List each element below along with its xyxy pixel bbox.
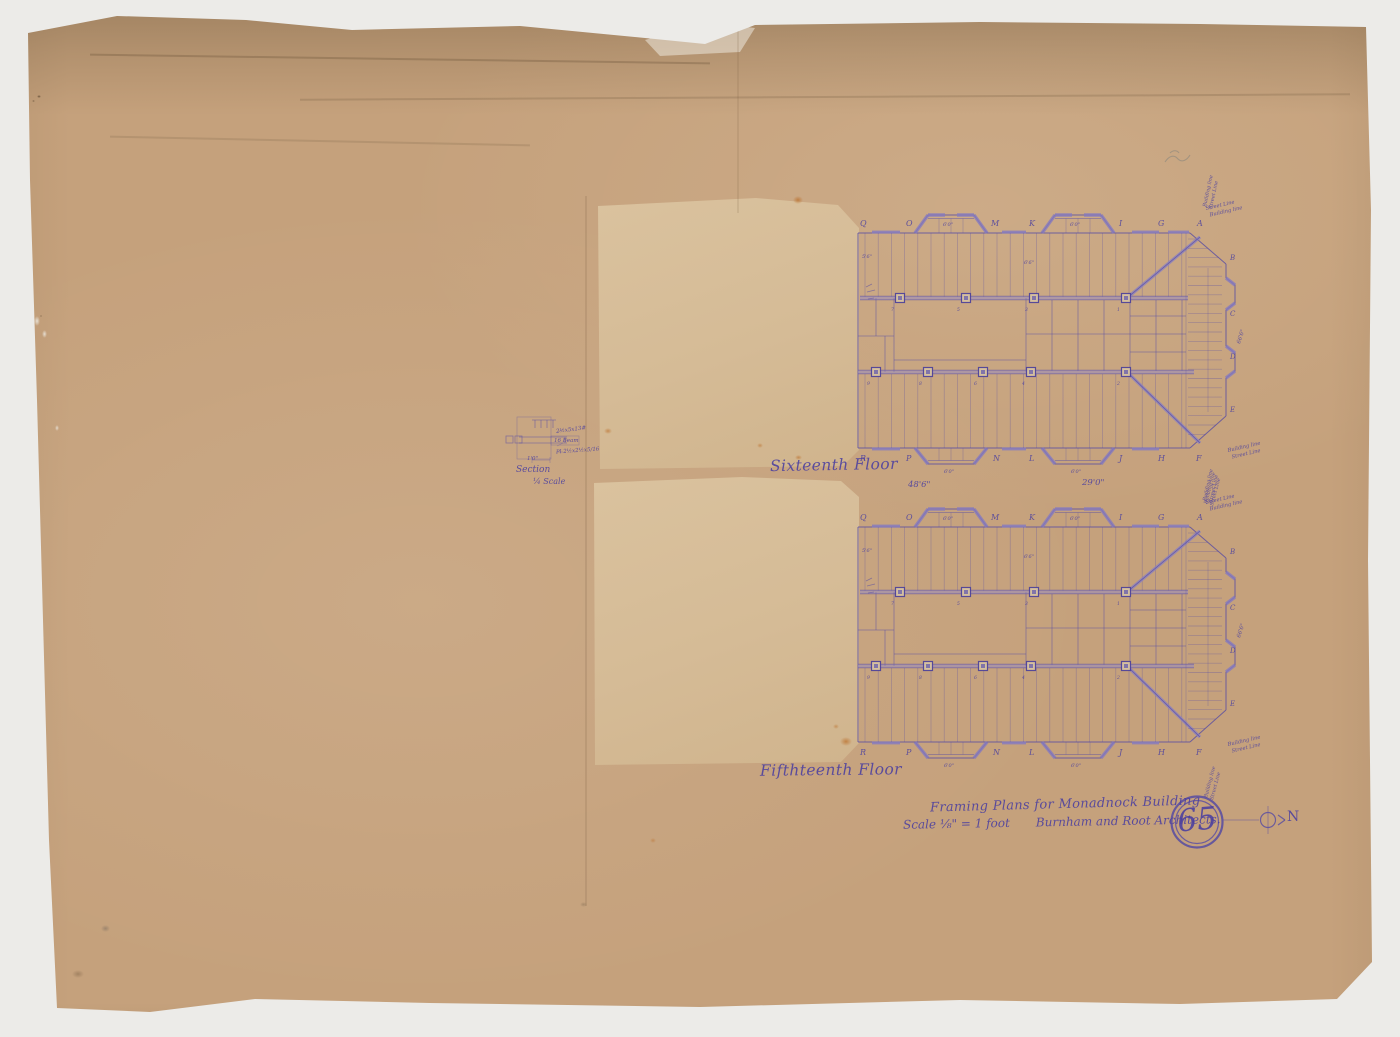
- stain-mark: [795, 455, 802, 460]
- scan-background: 6'0"6'0"6'0"6'0"753198642QOMKIGARPNLJHFB…: [0, 0, 1400, 1037]
- plan-text: Building line: [1208, 499, 1243, 513]
- plan-text: Street Line: [1208, 180, 1220, 209]
- plan-text: A: [1196, 219, 1203, 228]
- plan-text: I: [1118, 513, 1123, 522]
- section-note-2: 16 Beam: [554, 438, 579, 444]
- plan-text: 5'6": [862, 548, 872, 554]
- plan-text: 6'0": [1070, 222, 1080, 228]
- stain-mark: [72, 970, 84, 978]
- plan-text: 66'6": [1236, 329, 1246, 345]
- plan-text: L: [1028, 748, 1034, 757]
- crease-mark: [300, 93, 1350, 100]
- plan-text: Building line: [1203, 766, 1217, 800]
- crease-mark: [737, 28, 739, 213]
- plan-text: J: [1117, 454, 1123, 463]
- plan-text: 8: [919, 381, 922, 387]
- plan-text: Building line: [1208, 205, 1243, 219]
- stain-mark: [580, 902, 587, 907]
- plan-text: J: [1117, 748, 1123, 757]
- plan-text: 6'0": [943, 222, 953, 228]
- plan-text: M: [990, 219, 1000, 228]
- plan-text: 2: [1116, 675, 1120, 681]
- stain-mark: [40, 315, 42, 317]
- plan-text: C: [1230, 604, 1236, 612]
- plan-text: 4: [1021, 381, 1025, 387]
- plan-text: K: [1028, 513, 1036, 522]
- drawing-sheet: 6'0"6'0"6'0"6'0"753198642QOMKIGARPNLJHFB…: [0, 0, 1400, 1037]
- plan-text: N: [992, 454, 1001, 463]
- plan-text: 5: [957, 601, 960, 607]
- stain-mark: [840, 737, 852, 746]
- plan-text: I: [1118, 219, 1123, 228]
- stain-mark: [55, 425, 59, 431]
- plan-text: E: [1229, 700, 1235, 708]
- plan-text: B: [1229, 548, 1235, 556]
- stain-mark: [833, 724, 839, 729]
- section-note-1: 2½x5x13#: [556, 425, 587, 435]
- plan-text: L: [1028, 454, 1034, 463]
- plan-text: F: [1195, 748, 1202, 757]
- plan-text: Building line: [1226, 441, 1261, 455]
- paper-patch-top: [596, 198, 859, 469]
- stain-mark: [37, 95, 41, 98]
- plan-text: 6: [974, 381, 977, 387]
- plan-text: Q: [860, 219, 867, 228]
- stain-mark: [32, 100, 35, 102]
- plan-text: 6'0": [944, 763, 954, 769]
- plan-text: Q: [860, 513, 867, 522]
- plan-text: Street Line: [1205, 493, 1235, 505]
- crease-mark: [585, 196, 587, 906]
- stain-mark: [101, 925, 110, 932]
- plan-text: A: [1196, 513, 1203, 522]
- plan-text: 7: [891, 307, 894, 313]
- plan-text: 4: [1021, 675, 1025, 681]
- plan-text: Street Line: [1231, 742, 1261, 754]
- plan-text: 6'0": [1071, 763, 1081, 769]
- north-label: N: [1287, 809, 1299, 825]
- plan-text: R: [859, 748, 866, 757]
- plan-text: 6'6": [1024, 260, 1034, 266]
- stain-mark: [793, 196, 803, 204]
- plan-text: H: [1157, 748, 1166, 757]
- plan-text: 2: [1116, 381, 1120, 387]
- plan-text: D: [1229, 353, 1236, 361]
- plan-text: 3: [1025, 601, 1028, 607]
- crease-mark: [90, 54, 710, 65]
- plan-text: Street Line: [1209, 477, 1222, 506]
- plan-text: E: [1229, 406, 1235, 414]
- sheet-number: 65: [1171, 800, 1224, 840]
- stain-mark: [604, 428, 612, 434]
- plan-text: 8: [919, 675, 922, 681]
- plan-sixteenth: 6'0"6'0"6'0"6'0"753198642QOMKIGARPNLJHFB…: [858, 175, 1261, 507]
- stain-mark: [650, 838, 656, 843]
- plan-text: F: [1195, 454, 1202, 463]
- plan-text: 66'6": [1236, 623, 1246, 639]
- plan-text: O: [906, 513, 913, 522]
- plan-text: B: [1229, 254, 1235, 262]
- title-line-1: Framing Plans for Monadnock Building: [930, 793, 1201, 815]
- plan-text: C: [1230, 310, 1236, 318]
- dim-between-right: 29'0": [1082, 478, 1104, 488]
- plan-text: 1: [1117, 601, 1120, 607]
- sixteenth-floor-label: Sixteenth Floor: [770, 455, 898, 475]
- dim-between-left: 48'6": [908, 480, 930, 490]
- plan-text: Building line: [1202, 175, 1215, 209]
- plan-text: Street Line: [1208, 474, 1220, 503]
- plan-text: 1: [1117, 307, 1120, 313]
- plan-text: O: [906, 219, 913, 228]
- stain-mark: [34, 316, 40, 326]
- torn-flap: [640, 22, 760, 56]
- plan-text: Street Line: [1231, 448, 1261, 460]
- plan-text: 6: [974, 675, 977, 681]
- plan-text: 5'6": [862, 254, 872, 260]
- plan-text: 5: [957, 307, 960, 313]
- title-scale: Scale ⅛" = 1 foot: [903, 816, 1010, 832]
- sheet-number-and-north: [1165, 151, 1285, 848]
- section-scale-label: ¼ Scale: [533, 477, 565, 486]
- plan-text: G: [1158, 219, 1165, 228]
- plan-text: 9: [867, 675, 870, 681]
- plan-text: 6'0": [1071, 469, 1081, 475]
- plan-text: Building line: [1226, 735, 1261, 749]
- fifteenth-floor-label: Fifthteenth Floor: [760, 760, 902, 779]
- plan-text: P: [905, 454, 912, 463]
- plan-text: P: [905, 748, 912, 757]
- plan-text: N: [992, 748, 1001, 757]
- plan-text: D: [1229, 647, 1236, 655]
- section-label: Section: [516, 465, 550, 475]
- section-width-dim: 1'0": [527, 456, 538, 462]
- plan-text: G: [1158, 513, 1165, 522]
- plan-text: Building line: [1202, 469, 1215, 503]
- section-note-3: Pl 2½x2½x5/16: [556, 446, 600, 455]
- plan-text: Street Line: [1209, 771, 1222, 800]
- plan-text: 6'0": [1070, 516, 1080, 522]
- stain-mark: [757, 443, 763, 448]
- plan-text: 3: [1025, 307, 1028, 313]
- plan-text: 6'0": [944, 469, 954, 475]
- plan-text: H: [1157, 454, 1166, 463]
- plan-text: 9: [867, 381, 870, 387]
- plan-text: 6'0": [943, 516, 953, 522]
- stain-mark: [42, 330, 47, 338]
- plan-text: K: [1028, 219, 1036, 228]
- plan-text: Building line: [1203, 472, 1217, 506]
- plan-text: 6'6": [1024, 554, 1034, 560]
- plan-text: 7: [891, 601, 894, 607]
- plan-fifteenth: 6'0"6'0"6'0"6'0"753198642QOMKIGARPNLJHFB…: [858, 469, 1261, 801]
- paper-patch-bottom: [592, 477, 859, 765]
- plan-text: M: [990, 513, 1000, 522]
- plan-text: Street Line: [1205, 199, 1235, 211]
- crease-mark: [110, 136, 530, 146]
